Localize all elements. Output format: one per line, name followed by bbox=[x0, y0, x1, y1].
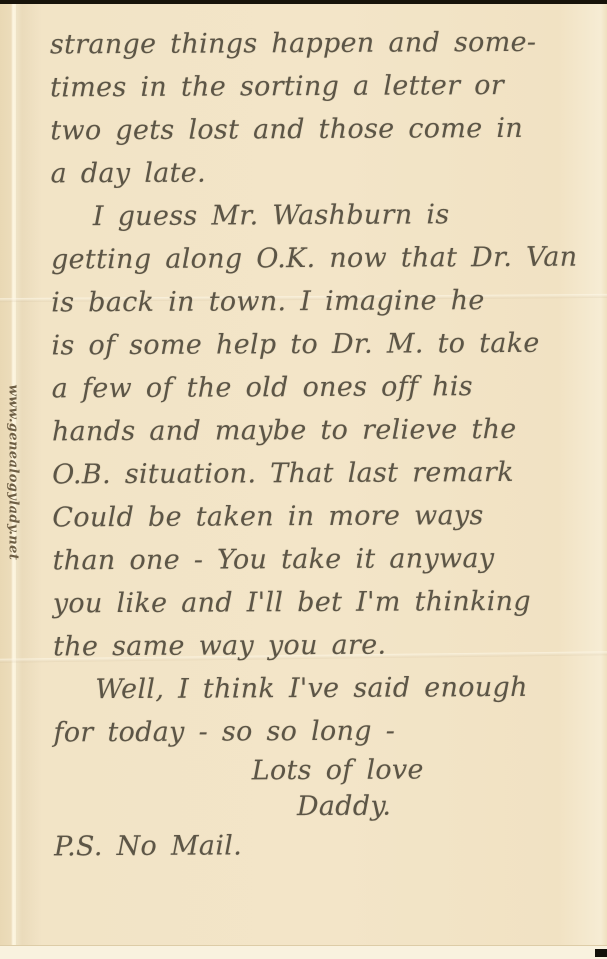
letter-line: Well, I think I've said enough bbox=[53, 666, 583, 712]
letter-line: is back in town. I imagine he bbox=[51, 279, 581, 325]
letter-line: is of some help to Dr. M. to take bbox=[51, 322, 581, 368]
letter-scan-page: www.genealogylady.net strange things hap… bbox=[0, 0, 607, 959]
letter-line: O.B. situation. That last remark bbox=[52, 451, 582, 497]
letter-line: a day late. bbox=[50, 150, 580, 196]
letter-line: hands and maybe to relieve the bbox=[52, 408, 582, 454]
closing-line: Lots of love bbox=[54, 752, 584, 791]
letter-line: for today - so so long - bbox=[53, 709, 583, 755]
watermark: www.genealogylady.net bbox=[6, 385, 21, 551]
postscript: P.S. No Mail. bbox=[54, 824, 584, 869]
letter-line: a few of the old ones off his bbox=[52, 365, 582, 411]
signature: Daddy. bbox=[54, 788, 584, 827]
scan-edge-bottom bbox=[0, 945, 607, 959]
letter-line: the same way you are. bbox=[53, 623, 583, 669]
letter-body: strange things happen and some- times in… bbox=[50, 21, 584, 869]
letter-line: two gets lost and those come in bbox=[50, 107, 580, 153]
letter-line: you like and I'll bet I'm thinking bbox=[53, 580, 583, 626]
letter-line: getting along O.K. now that Dr. Van bbox=[51, 236, 581, 282]
letter-line: Could be taken in more ways bbox=[52, 494, 582, 540]
scan-edge-top bbox=[0, 0, 607, 4]
letter-line: I guess Mr. Washburn is bbox=[51, 193, 581, 239]
letter-line: times in the sorting a letter or bbox=[50, 64, 580, 110]
scan-corner-mark bbox=[595, 949, 607, 957]
letter-line: strange things happen and some- bbox=[50, 21, 580, 67]
letter-line: than one - You take it anyway bbox=[52, 537, 582, 583]
